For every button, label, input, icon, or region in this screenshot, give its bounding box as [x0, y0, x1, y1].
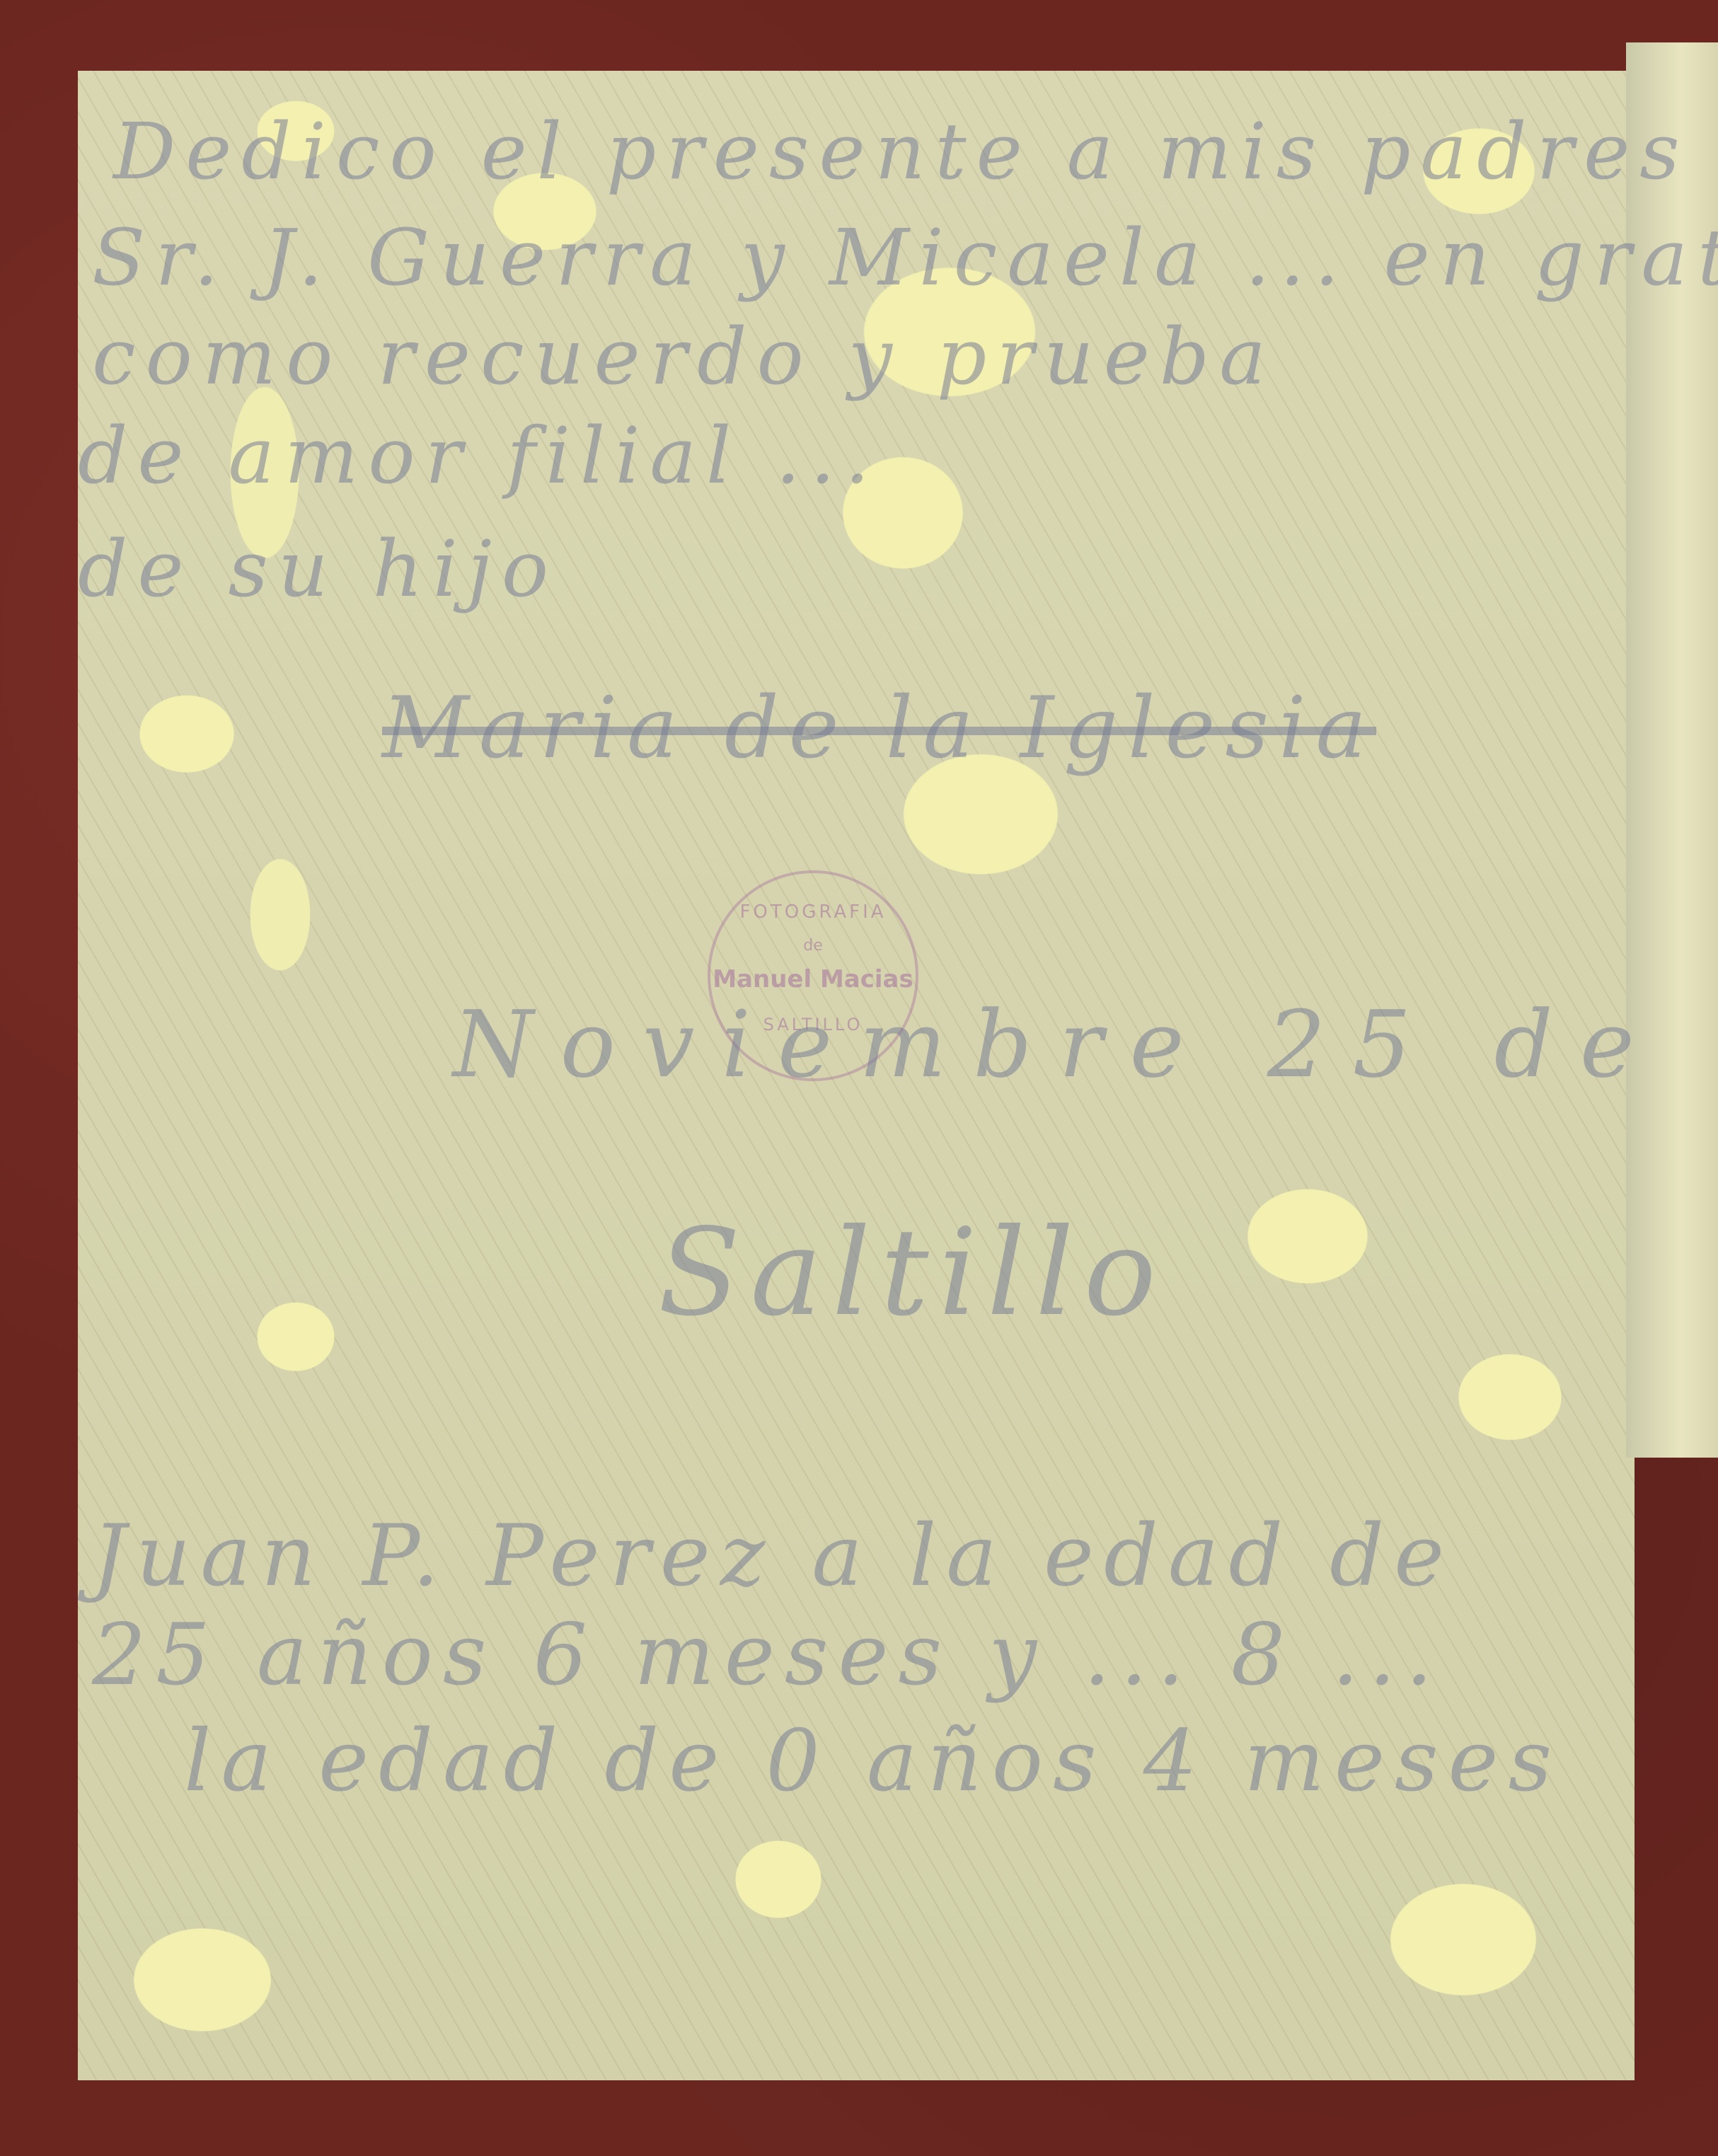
stamp-de-text: de	[710, 937, 916, 955]
crossed-out-signature: Maria de la Iglesia	[382, 679, 1376, 778]
dedication-line-1: Dedico el presente a mis padres	[113, 106, 1690, 197]
dedication-line-2: Sr. J. Guerra y Micaela ... en gratitud	[92, 212, 1718, 303]
dedication-line-3: como recuerdo y prueba	[92, 311, 1276, 402]
date-inscription: Noviembre 25 de 192_	[453, 991, 1718, 1098]
stamp-name: Manuel Macias	[710, 965, 916, 993]
dedication-line-4: de amor filial ...	[78, 410, 880, 501]
dedication-line-5: de su hijo	[78, 524, 558, 614]
place-inscription: Saltillo	[658, 1203, 1166, 1343]
note-line-3: la edad de 0 años 4 meses	[184, 1712, 1562, 1811]
note-line-2: 25 años 6 meses y ... 8 ...	[92, 1606, 1443, 1705]
note-line-1: Juan P. Perez a la edad de	[92, 1507, 1454, 1606]
stamp-top-text: FOTOGRAFIA	[710, 901, 916, 923]
